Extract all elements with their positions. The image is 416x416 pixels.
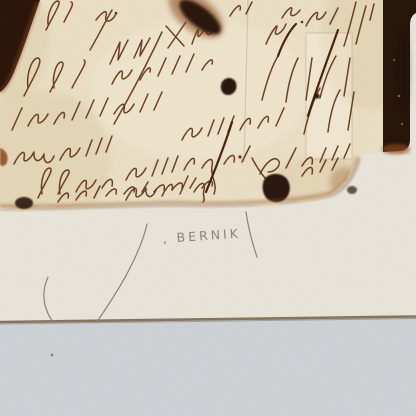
artwork-photo: , BERNIK xyxy=(0,0,416,416)
artwork-canvas: , BERNIK xyxy=(0,0,416,416)
photo-grain-overlay xyxy=(0,0,416,416)
